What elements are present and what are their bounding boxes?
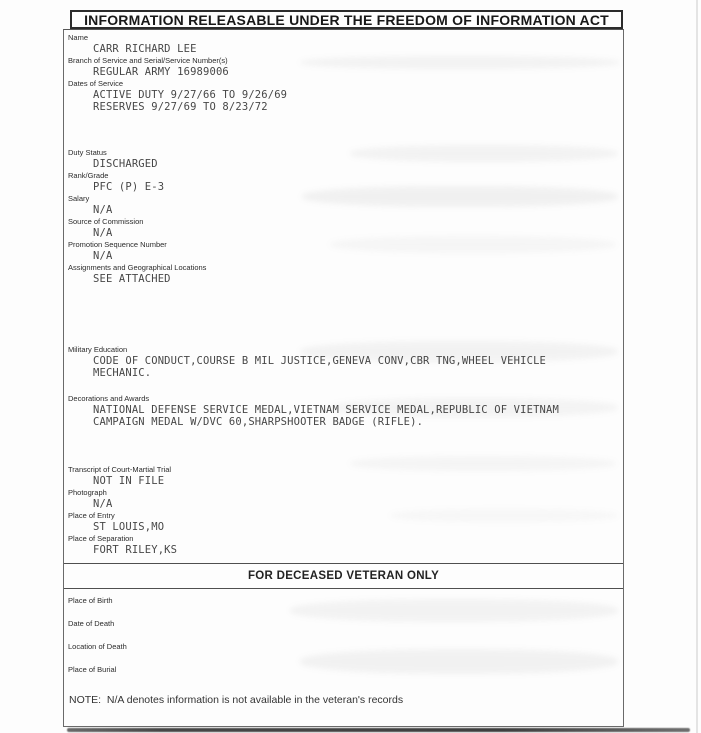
field-location-of-death: Location of Death <box>64 641 623 652</box>
field-value: FORT RILEY,KS <box>64 544 623 556</box>
field-label: Photograph <box>64 487 623 498</box>
field-label: Duty Status <box>64 147 623 158</box>
field-label: Source of Commission <box>64 216 623 227</box>
field-place-of-birth: Place of Birth <box>64 595 623 606</box>
field-value: ACTIVE DUTY 9/27/66 TO 9/26/69 <box>64 89 623 101</box>
field-place-of-burial: Place of Burial <box>64 664 623 675</box>
document-page: INFORMATION RELEASABLE UNDER THE FREEDOM… <box>0 0 701 733</box>
field-value: N/A <box>64 498 623 510</box>
field-value: N/A <box>64 204 623 216</box>
field-decorations-awards: Decorations and Awards NATIONAL DEFENSE … <box>64 393 623 428</box>
field-label: Military Education <box>64 344 623 355</box>
page-edge <box>696 0 698 733</box>
field-value: MECHANIC. <box>64 367 623 379</box>
note-text: NOTE: N/A denotes information is not ava… <box>64 694 623 707</box>
field-value: CARR RICHARD LEE <box>64 43 623 55</box>
field-date-of-death: Date of Death <box>64 618 623 629</box>
field-label: Place of Burial <box>64 664 623 675</box>
field-photograph: Photograph N/A <box>64 487 623 510</box>
field-label: Branch of Service and Serial/Service Num… <box>64 55 623 66</box>
field-duty-status: Duty Status DISCHARGED <box>64 147 623 170</box>
field-salary: Salary N/A <box>64 193 623 216</box>
field-label: Promotion Sequence Number <box>64 239 623 250</box>
field-place-of-entry: Place of Entry ST LOUIS,MO <box>64 510 623 533</box>
field-value: REGULAR ARMY 16989006 <box>64 66 623 78</box>
field-military-education: Military Education CODE OF CONDUCT,COURS… <box>64 344 623 379</box>
field-label: Dates of Service <box>64 78 623 89</box>
field-label: Transcript of Court-Martial Trial <box>64 464 623 475</box>
field-label: Place of Entry <box>64 510 623 521</box>
field-rank-grade: Rank/Grade PFC (P) E-3 <box>64 170 623 193</box>
field-label: Date of Death <box>64 618 623 629</box>
scan-bottom-edge <box>67 728 690 732</box>
field-label: Location of Death <box>64 641 623 652</box>
deceased-section-body: Place of Birth Date of Death Location of… <box>64 589 623 675</box>
field-label: Place of Birth <box>64 595 623 606</box>
field-source-of-commission: Source of Commission N/A <box>64 216 623 239</box>
field-value: N/A <box>64 250 623 262</box>
field-value: RESERVES 9/27/69 TO 8/23/72 <box>64 101 623 113</box>
field-label: Place of Separation <box>64 533 623 544</box>
field-value: N/A <box>64 227 623 239</box>
document-title: INFORMATION RELEASABLE UNDER THE FREEDOM… <box>84 12 609 28</box>
field-value: SEE ATTACHED <box>64 273 623 285</box>
field-dates-of-service: Dates of Service ACTIVE DUTY 9/27/66 TO … <box>64 78 623 113</box>
field-value: CODE OF CONDUCT,COURSE B MIL JUSTICE,GEN… <box>64 355 623 367</box>
field-promotion-sequence-number: Promotion Sequence Number N/A <box>64 239 623 262</box>
deceased-section-title: FOR DECEASED VETERAN ONLY <box>248 570 439 582</box>
field-label: Rank/Grade <box>64 170 623 181</box>
field-label: Decorations and Awards <box>64 393 623 404</box>
document-title-bar: INFORMATION RELEASABLE UNDER THE FREEDOM… <box>70 10 623 29</box>
field-value: NATIONAL DEFENSE SERVICE MEDAL,VIETNAM S… <box>64 404 623 416</box>
field-label: Salary <box>64 193 623 204</box>
form-body: Name CARR RICHARD LEE Branch of Service … <box>63 29 624 727</box>
field-value: ST LOUIS,MO <box>64 521 623 533</box>
field-label: Assignments and Geographical Locations <box>64 262 623 273</box>
field-assignments-locations: Assignments and Geographical Locations S… <box>64 262 623 285</box>
field-court-martial-transcript: Transcript of Court-Martial Trial NOT IN… <box>64 464 623 487</box>
field-branch-of-service: Branch of Service and Serial/Service Num… <box>64 55 623 78</box>
deceased-section-header: FOR DECEASED VETERAN ONLY <box>64 563 623 589</box>
field-value: PFC (P) E-3 <box>64 181 623 193</box>
field-name: Name CARR RICHARD LEE <box>64 32 623 55</box>
field-place-of-separation: Place of Separation FORT RILEY,KS <box>64 533 623 556</box>
field-value: NOT IN FILE <box>64 475 623 487</box>
field-label: Name <box>64 32 623 43</box>
field-value: CAMPAIGN MEDAL W/DVC 60,SHARPSHOOTER BAD… <box>64 416 623 428</box>
field-value: DISCHARGED <box>64 158 623 170</box>
